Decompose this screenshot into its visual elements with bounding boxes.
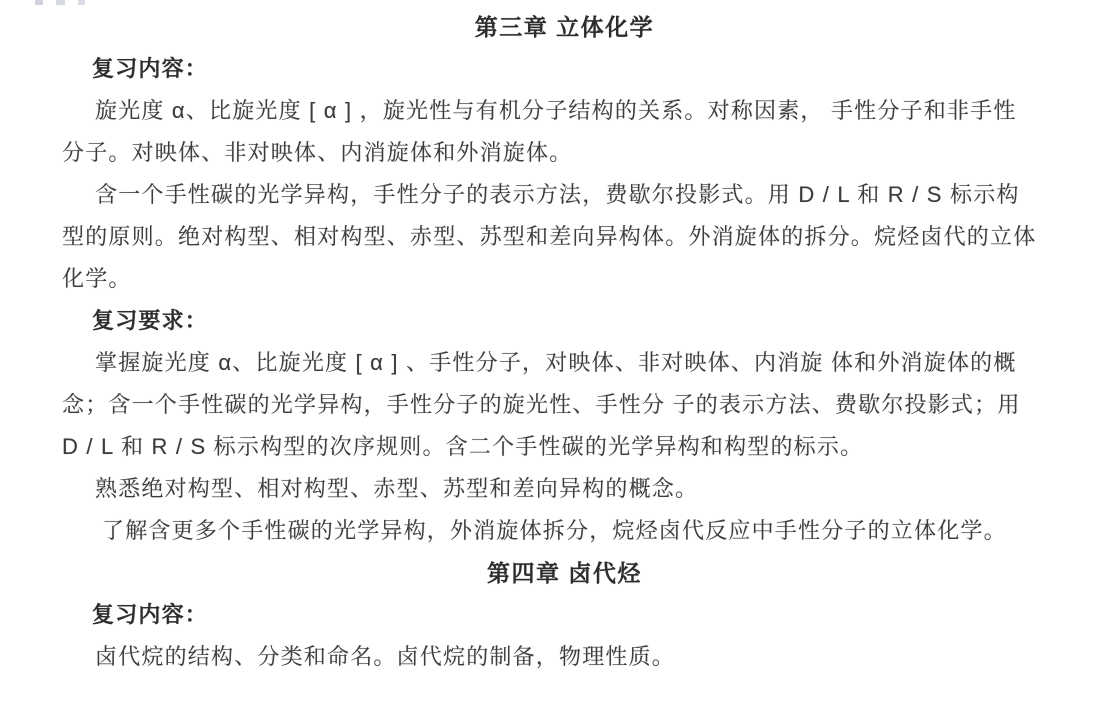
review-requirements-heading: 复习要求：	[62, 300, 1067, 342]
body-line: 了解含更多个手性碳的光学异构，外消旋体拆分，烷烃卤代反应中手性分子的立体化学。	[62, 510, 1067, 552]
scan-artifact	[35, 0, 93, 5]
body-line: 掌握旋光度 α、比旋光度 [ α ] 、手性分子，对映体、非对映体、内消旋 体和…	[62, 342, 1067, 384]
review-content-heading-ch4: 复习内容：	[62, 594, 1067, 636]
body-line: 含一个手性碳的光学异构，手性分子的表示方法，费歇尔投影式。用 D / L 和 R…	[62, 174, 1067, 216]
chapter3-title: 第三章 立体化学	[62, 6, 1067, 48]
body-line: 旋光度 α、比旋光度 [ α ] ，旋光性与有机分子结构的关系。对称因素， 手性…	[62, 90, 1067, 132]
body-line: 型的原则。绝对构型、相对构型、赤型、苏型和差向异构体。外消旋体的拆分。烷烃卤代的…	[62, 216, 1067, 258]
chapter4-title: 第四章 卤代烃	[62, 552, 1067, 594]
body-line: 念；含一个手性碳的光学异构，手性分子的旋光性、手性分 子的表示方法、费歇尔投影式…	[62, 384, 1067, 426]
body-line: 熟悉绝对构型、相对构型、赤型、苏型和差向异构的概念。	[62, 468, 1067, 510]
review-content-heading-ch3: 复习内容：	[62, 48, 1067, 90]
body-line: 分子。对映体、非对映体、内消旋体和外消旋体。	[62, 132, 1067, 174]
body-line: 卤代烷的结构、分类和命名。卤代烷的制备，物理性质。	[62, 636, 1067, 678]
document-page: 第三章 立体化学 复习内容： 旋光度 α、比旋光度 [ α ] ，旋光性与有机分…	[0, 6, 1107, 678]
body-line: 化学。	[62, 258, 1067, 300]
body-line: D / L 和 R / S 标示构型的次序规则。含二个手性碳的光学异构和构型的标…	[62, 426, 1067, 468]
